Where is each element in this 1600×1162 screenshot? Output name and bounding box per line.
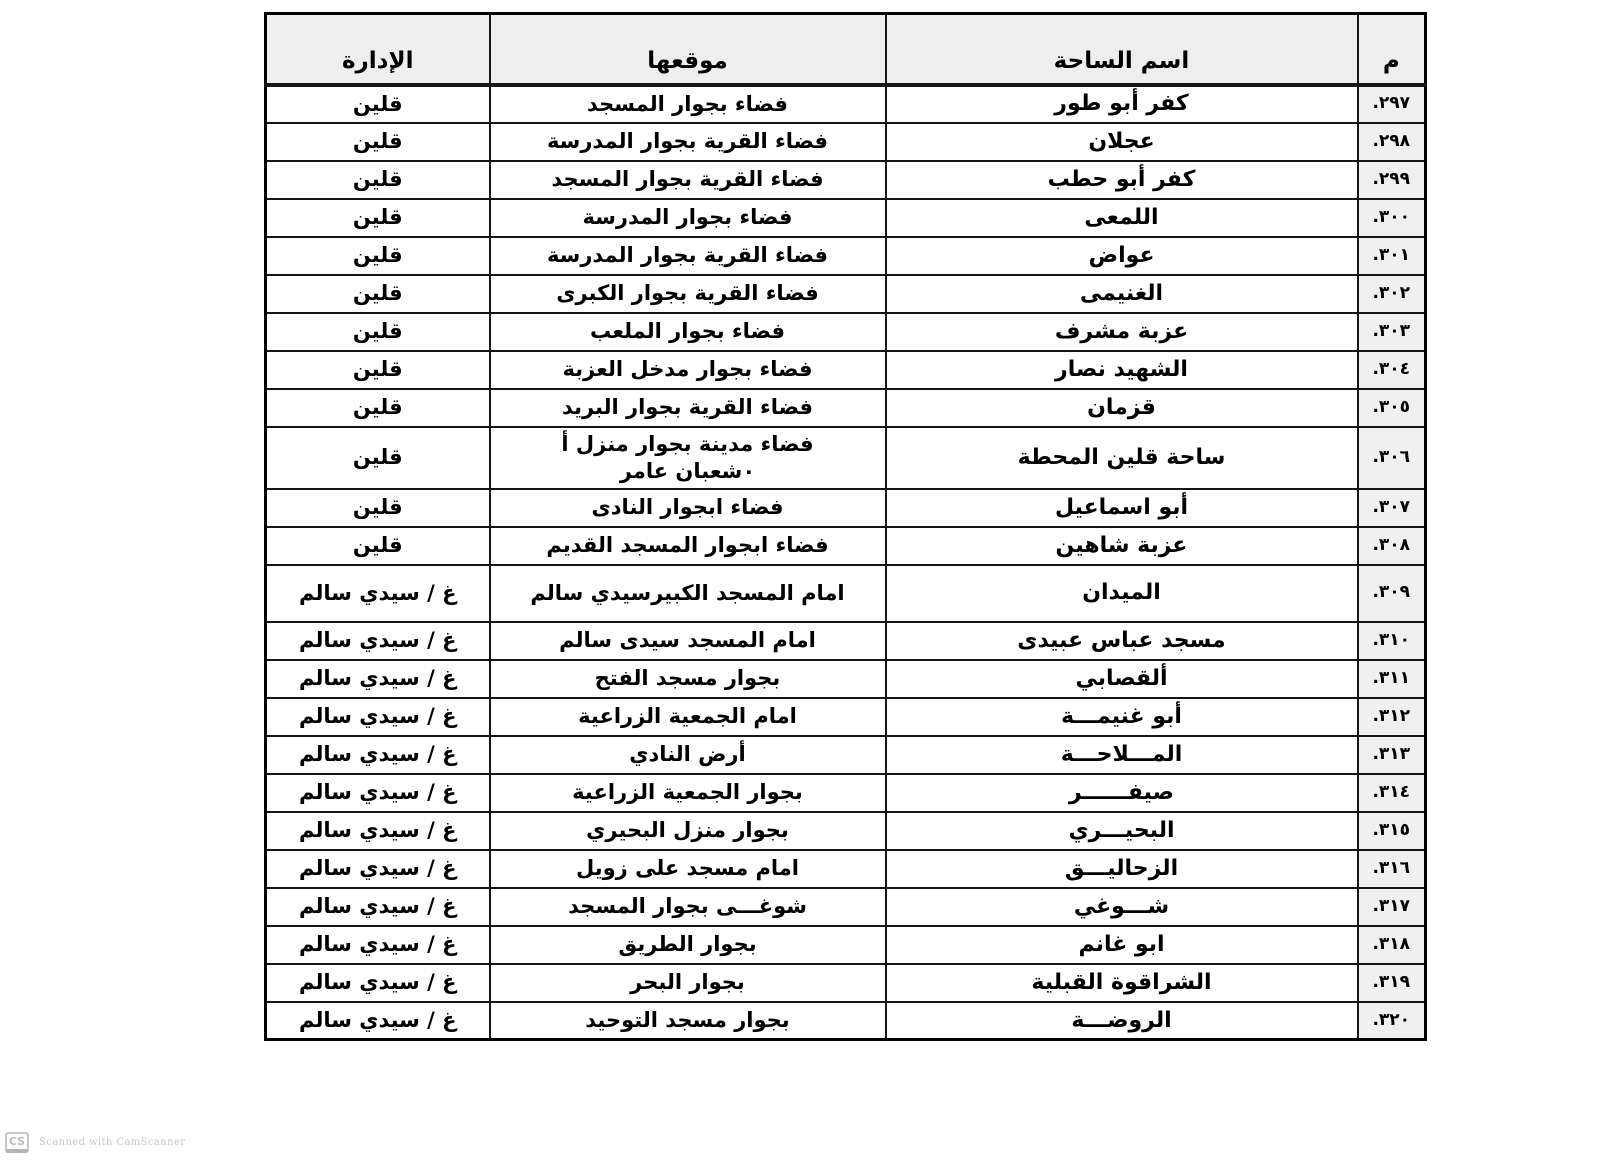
cell-square-name: أبو غنيمـــة xyxy=(886,698,1358,736)
header-location: موقعها xyxy=(490,14,886,85)
cell-row-number: ٣١٠. xyxy=(1358,622,1426,660)
cell-location: فضاء القرية بجوار المدرسة xyxy=(490,237,886,275)
cell-square-name: صيفــــــر xyxy=(886,774,1358,812)
cell-row-number: ٣٠٧. xyxy=(1358,489,1426,527)
cell-location: امام المسجد الكبيرسيدي سالم xyxy=(490,565,886,622)
table-body: ٢٩٧. كفر أبو طور فضاء بجوار المسجد قلين … xyxy=(266,85,1426,1040)
table-row: ٣١٥. البحيـــري بجوار منزل البحيري غ / س… xyxy=(266,812,1426,850)
cell-location: بجوار منزل البحيري xyxy=(490,812,886,850)
cell-admin: قلين xyxy=(266,161,490,199)
cell-admin: غ / سيدي سالم xyxy=(266,926,490,964)
cell-row-number: ٣٠٣. xyxy=(1358,313,1426,351)
cell-square-name: شـــوغي xyxy=(886,888,1358,926)
table-row: ٣٠٧. أبو اسماعيل فضاء ابجوار النادى قلين xyxy=(266,489,1426,527)
cell-location: امام المسجد سيدى سالم xyxy=(490,622,886,660)
table-row: ٣٢٠. الروضـــة بجوار مسجد التوحيد غ / سي… xyxy=(266,1002,1426,1040)
cell-admin: غ / سيدي سالم xyxy=(266,565,490,622)
cell-row-number: ٣٠٨. xyxy=(1358,527,1426,565)
cell-location: بجوار الجمعية الزراعية xyxy=(490,774,886,812)
cell-location: فضاء القرية بجوار البريد xyxy=(490,389,886,427)
cell-admin: غ / سيدي سالم xyxy=(266,850,490,888)
cell-location: شوغـــى بجوار المسجد xyxy=(490,888,886,926)
cell-row-number: ٣١٤. xyxy=(1358,774,1426,812)
cell-admin: غ / سيدي سالم xyxy=(266,622,490,660)
cell-square-name: قزمان xyxy=(886,389,1358,427)
cell-row-number: ٣١٣. xyxy=(1358,736,1426,774)
cell-square-name: أبو اسماعيل xyxy=(886,489,1358,527)
table-row: ٢٩٧. كفر أبو طور فضاء بجوار المسجد قلين xyxy=(266,85,1426,123)
table-row: ٣١٩. الشراقوة القبلية بجوار البحر غ / سي… xyxy=(266,964,1426,1002)
cell-row-number: ٣١٧. xyxy=(1358,888,1426,926)
table-row: ٣١٨. ابو غانم بجوار الطريق غ / سيدي سالم xyxy=(266,926,1426,964)
cell-row-number: ٣٠١. xyxy=(1358,237,1426,275)
table-row: ٣١٠. مسجد عباس عبيدى امام المسجد سيدى سا… xyxy=(266,622,1426,660)
table-header-row: م اسم الساحة موقعها الإدارة xyxy=(266,14,1426,85)
table-row: ٣١٤. صيفــــــر بجوار الجمعية الزراعية غ… xyxy=(266,774,1426,812)
cell-square-name: الزحاليـــق xyxy=(886,850,1358,888)
cell-square-name: اللمعى xyxy=(886,199,1358,237)
cell-square-name: مسجد عباس عبيدى xyxy=(886,622,1358,660)
table-row: ٣٠٤. الشهيد نصار فضاء بجوار مدخل العزبة … xyxy=(266,351,1426,389)
cell-square-name: عزبة مشرف xyxy=(886,313,1358,351)
table-row: ٣١١. ألقصابي بجوار مسجد الفتح غ / سيدي س… xyxy=(266,660,1426,698)
cell-square-name: ساحة قلين المحطة xyxy=(886,427,1358,489)
table-row: ٣١٢. أبو غنيمـــة امام الجمعية الزراعية … xyxy=(266,698,1426,736)
cell-admin: قلين xyxy=(266,85,490,123)
cell-row-number: ٣٠٦. xyxy=(1358,427,1426,489)
cell-location: أرض النادي xyxy=(490,736,886,774)
cell-square-name: عجلان xyxy=(886,123,1358,161)
cell-admin: قلين xyxy=(266,351,490,389)
cell-row-number: ٣١٩. xyxy=(1358,964,1426,1002)
cell-square-name: المـــلاحـــة xyxy=(886,736,1358,774)
cell-location: فضاء القرية بجوار الكبرى xyxy=(490,275,886,313)
cell-location: فضاء ابجوار النادى xyxy=(490,489,886,527)
cell-location: فضاء بجوار مدخل العزبة xyxy=(490,351,886,389)
table-row: ٣٠١. عواض فضاء القرية بجوار المدرسة قلين xyxy=(266,237,1426,275)
cell-row-number: ٣٠٥. xyxy=(1358,389,1426,427)
cell-square-name: ابو غانم xyxy=(886,926,1358,964)
table-row: ٣١٣. المـــلاحـــة أرض النادي غ / سيدي س… xyxy=(266,736,1426,774)
cell-row-number: ٢٩٩. xyxy=(1358,161,1426,199)
cell-row-number: ٣٠٢. xyxy=(1358,275,1426,313)
cell-row-number: ٣١٨. xyxy=(1358,926,1426,964)
camscanner-logo-icon: CS xyxy=(5,1132,29,1153)
cell-admin: غ / سيدي سالم xyxy=(266,964,490,1002)
cell-location: بجوار مسجد التوحيد xyxy=(490,1002,886,1040)
cell-square-name: الميدان xyxy=(886,565,1358,622)
cell-admin: قلين xyxy=(266,199,490,237)
cell-admin: قلين xyxy=(266,489,490,527)
table-row: ٢٩٩. كفر أبو حطب فضاء القرية بجوار المسج… xyxy=(266,161,1426,199)
cell-location: بجوار الطريق xyxy=(490,926,886,964)
cell-location: امام الجمعية الزراعية xyxy=(490,698,886,736)
table-row: ٣٠٦. ساحة قلين المحطة فضاء مدينة بجوار م… xyxy=(266,427,1426,489)
cell-admin: قلين xyxy=(266,123,490,161)
cell-location: فضاء مدينة بجوار منزل أ ٠شعبان عامر xyxy=(490,427,886,489)
cell-admin: غ / سيدي سالم xyxy=(266,888,490,926)
cell-square-name: كفر أبو حطب xyxy=(886,161,1358,199)
camscanner-watermark-text: Scanned with CamScanner xyxy=(39,1137,185,1148)
cell-admin: قلين xyxy=(266,427,490,489)
cell-location: فضاء بجوار الملعب xyxy=(490,313,886,351)
cell-row-number: ٣٠٠. xyxy=(1358,199,1426,237)
table-row: ٢٩٨. عجلان فضاء القرية بجوار المدرسة قلي… xyxy=(266,123,1426,161)
cell-admin: قلين xyxy=(266,389,490,427)
table-row: ٣٠٩. الميدان امام المسجد الكبيرسيدي سالم… xyxy=(266,565,1426,622)
header-name: اسم الساحة xyxy=(886,14,1358,85)
header-admin: الإدارة xyxy=(266,14,490,85)
cell-row-number: ٣١١. xyxy=(1358,660,1426,698)
header-number: م xyxy=(1358,14,1426,85)
cell-admin: غ / سيدي سالم xyxy=(266,736,490,774)
cell-row-number: ٣٠٤. xyxy=(1358,351,1426,389)
camscanner-watermark: CS Scanned with CamScanner xyxy=(5,1132,185,1153)
cell-square-name: الغنيمى xyxy=(886,275,1358,313)
table-row: ٣١٧. شـــوغي شوغـــى بجوار المسجد غ / سي… xyxy=(266,888,1426,926)
table-row: ٣١٦. الزحاليـــق امام مسجد على زويل غ / … xyxy=(266,850,1426,888)
cell-admin: غ / سيدي سالم xyxy=(266,698,490,736)
cell-square-name: الروضـــة xyxy=(886,1002,1358,1040)
table-row: ٣٠٥. قزمان فضاء القرية بجوار البريد قلين xyxy=(266,389,1426,427)
scanned-document-page: م اسم الساحة موقعها الإدارة ٢٩٧. كفر أبو… xyxy=(0,0,1600,1162)
cell-row-number: ٢٩٧. xyxy=(1358,85,1426,123)
cell-square-name: الشراقوة القبلية xyxy=(886,964,1358,1002)
cell-row-number: ٣٠٩. xyxy=(1358,565,1426,622)
cell-location: بجوار البحر xyxy=(490,964,886,1002)
cell-location: فضاء القرية بجوار المدرسة xyxy=(490,123,886,161)
cell-row-number: ٣١٥. xyxy=(1358,812,1426,850)
cell-location: فضاء بجوار المسجد xyxy=(490,85,886,123)
cell-admin: قلين xyxy=(266,313,490,351)
cell-square-name: كفر أبو طور xyxy=(886,85,1358,123)
cell-location: فضاء ابجوار المسجد القديم xyxy=(490,527,886,565)
cell-row-number: ٣٢٠. xyxy=(1358,1002,1426,1040)
cell-admin: غ / سيدي سالم xyxy=(266,660,490,698)
cell-location: امام مسجد على زويل xyxy=(490,850,886,888)
cell-location: فضاء القرية بجوار المسجد xyxy=(490,161,886,199)
cell-square-name: ألقصابي xyxy=(886,660,1358,698)
cell-location: بجوار مسجد الفتح xyxy=(490,660,886,698)
cell-admin: غ / سيدي سالم xyxy=(266,774,490,812)
cell-square-name: عواض xyxy=(886,237,1358,275)
table-row: ٣٠٨. عزبة شاهين فضاء ابجوار المسجد القدي… xyxy=(266,527,1426,565)
cell-square-name: الشهيد نصار xyxy=(886,351,1358,389)
cell-admin: غ / سيدي سالم xyxy=(266,1002,490,1040)
cell-location: فضاء بجوار المدرسة xyxy=(490,199,886,237)
cell-row-number: ٣١٢. xyxy=(1358,698,1426,736)
squares-table: م اسم الساحة موقعها الإدارة ٢٩٧. كفر أبو… xyxy=(264,12,1427,1041)
cell-row-number: ٢٩٨. xyxy=(1358,123,1426,161)
cell-admin: غ / سيدي سالم xyxy=(266,812,490,850)
table-row: ٣٠٢. الغنيمى فضاء القرية بجوار الكبرى قل… xyxy=(266,275,1426,313)
cell-square-name: البحيـــري xyxy=(886,812,1358,850)
cell-admin: قلين xyxy=(266,275,490,313)
table-row: ٣٠٣. عزبة مشرف فضاء بجوار الملعب قلين xyxy=(266,313,1426,351)
cell-admin: قلين xyxy=(266,237,490,275)
table-row: ٣٠٠. اللمعى فضاء بجوار المدرسة قلين xyxy=(266,199,1426,237)
cell-square-name: عزبة شاهين xyxy=(886,527,1358,565)
cell-admin: قلين xyxy=(266,527,490,565)
cell-row-number: ٣١٦. xyxy=(1358,850,1426,888)
